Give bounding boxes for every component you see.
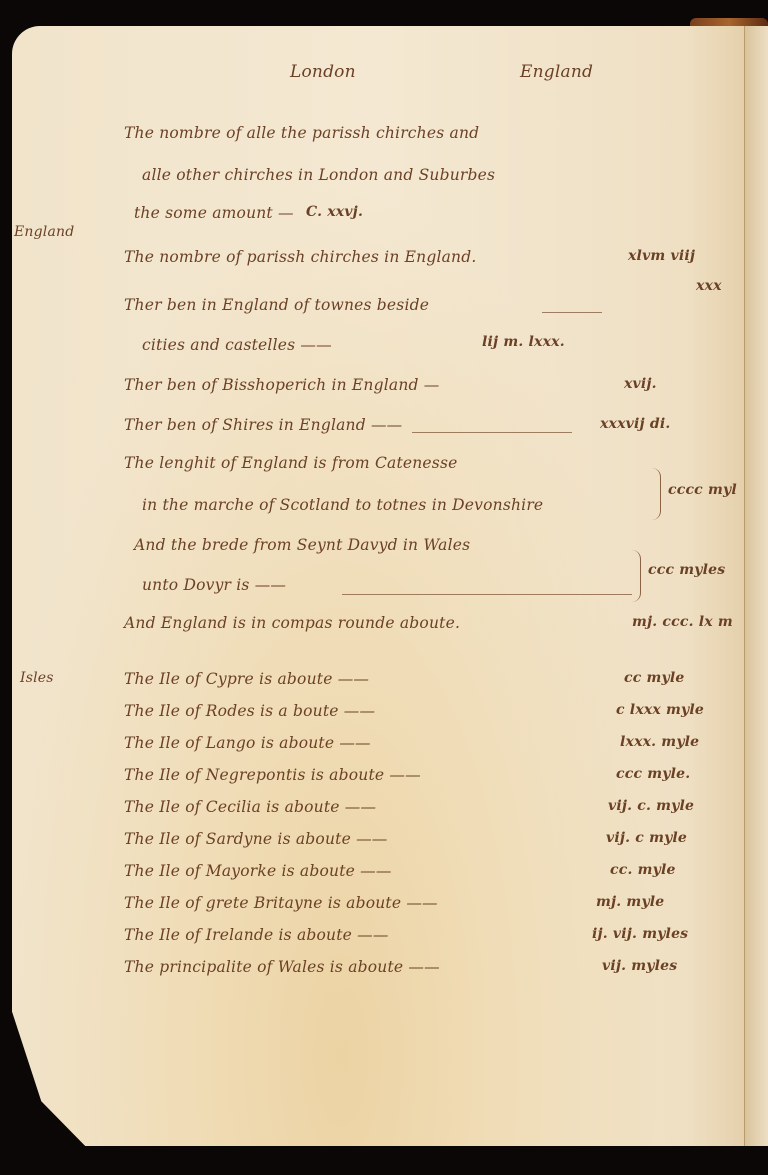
entry-value: xxxvij di.: [600, 416, 670, 432]
entry-line: in the marche of Scotland to totnes in D…: [142, 496, 543, 514]
entry-value: xxx: [696, 278, 722, 294]
isle-line: The Ile of Mayorke is aboute ——: [124, 862, 392, 880]
entry-value: cccc myl: [668, 482, 737, 498]
isle-line: The Ile of Rodes is a boute ——: [124, 702, 375, 720]
entry-line: And England is in compas rounde aboute.: [124, 614, 460, 632]
isle-value: cc myle: [624, 670, 685, 686]
entry-line: The nombre of parissh chirches in Englan…: [124, 248, 476, 266]
entry-value: lij m. lxxx.: [482, 334, 565, 350]
entry-value: ccc myles: [648, 562, 725, 578]
isle-value: ij. vij. myles: [592, 926, 688, 942]
leader-line: [412, 432, 572, 433]
entry-value: mj. ccc. lx m: [632, 614, 733, 630]
isle-value: lxxx. myle: [620, 734, 699, 750]
entry-value: C. xxvj.: [306, 204, 363, 220]
entry-line: alle other chirches in London and Suburb…: [142, 166, 495, 184]
isle-line: The Ile of Cecilia is aboute ——: [124, 798, 376, 816]
manuscript-page: London England England Isles The nombre …: [12, 26, 744, 1146]
isle-value: cc. myle: [610, 862, 676, 878]
entry-line: And the brede from Seynt Davyd in Wales: [134, 536, 470, 554]
entry-line: unto Dovyr is ——: [142, 576, 286, 594]
brace: [652, 468, 661, 520]
entry-line: cities and castelles ——: [142, 336, 332, 354]
entry-line: The nombre of alle the parissh chirches …: [124, 124, 479, 142]
brace: [632, 550, 641, 602]
isle-line: The Ile of Cypre is aboute ——: [124, 670, 369, 688]
isle-value: vij. c. myle: [608, 798, 694, 814]
margin-note-isles: Isles: [20, 670, 54, 686]
leader-line: [542, 312, 602, 313]
isle-value: vij. myles: [602, 958, 677, 974]
margin-note-england: England: [14, 224, 74, 240]
isle-value: c lxxx myle: [616, 702, 704, 718]
entry-value: xvij.: [624, 376, 657, 392]
isle-value: vij. c myle: [606, 830, 687, 846]
leader-line: [342, 594, 632, 595]
isle-value: mj. myle: [596, 894, 664, 910]
isle-line: The Ile of Sardyne is aboute ——: [124, 830, 387, 848]
entry-value: xlvm viij: [628, 248, 695, 264]
entry-line: Ther ben of Bisshoperich in England —: [124, 376, 439, 394]
isle-line: The Ile of grete Britayne is aboute ——: [124, 894, 438, 912]
isle-line: The Ile of Negrepontis is aboute ——: [124, 766, 421, 784]
isle-line: The Ile of Irelande is aboute ——: [124, 926, 389, 944]
isle-value: ccc myle.: [616, 766, 690, 782]
heading-england: England: [520, 62, 593, 82]
entry-line: Ther ben in England of townes beside: [124, 296, 429, 314]
heading-london: London: [290, 62, 356, 82]
isle-line: The Ile of Lango is aboute ——: [124, 734, 371, 752]
entry-line: Ther ben of Shires in England ——: [124, 416, 402, 434]
entry-line: the some amount —: [134, 204, 294, 222]
entry-line: The lenghit of England is from Catenesse: [124, 454, 457, 472]
isle-line: The principalite of Wales is aboute ——: [124, 958, 440, 976]
adjacent-page-edge: [744, 26, 768, 1146]
